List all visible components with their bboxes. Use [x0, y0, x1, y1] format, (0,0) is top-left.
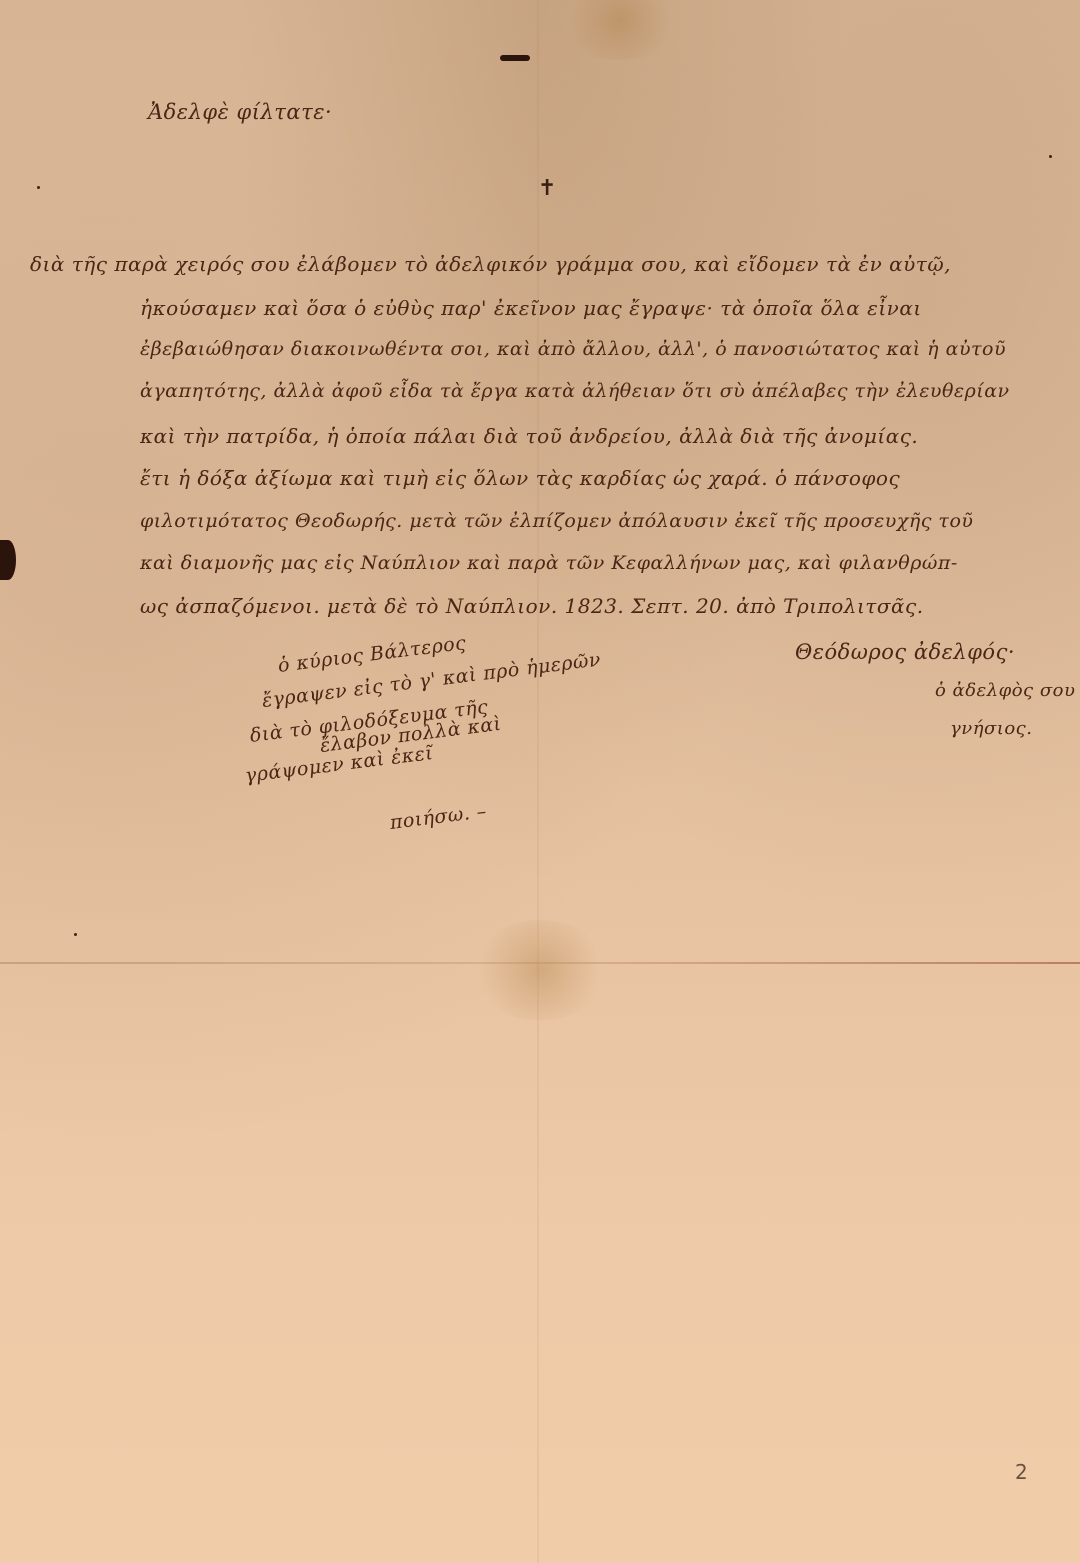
body-line: διὰ τῆς παρὰ χειρός σου ἐλάβομεν τὸ ἀδελ… [30, 252, 951, 276]
ink-speck [37, 186, 40, 189]
ink-speck [74, 933, 77, 936]
ink-speck [1049, 155, 1052, 158]
salutation: Ἀδελφὲ φίλτατε· [148, 100, 332, 124]
body-line: καὶ τὴν πατρίδα, ἡ ὁποία πάλαι διὰ τοῦ ἀ… [140, 424, 918, 448]
ink-blot-left [0, 540, 16, 580]
body-line: ἐβεβαιώθησαν διακοινωθέντα σοι, καὶ ἀπὸ … [140, 338, 1006, 360]
cross-icon: ✝ [538, 176, 556, 201]
water-stain-top [560, 0, 680, 60]
signature-closing: γνήσιος. [950, 718, 1032, 739]
signature-name: Θεόδωρος ἀδελφός· [795, 640, 1015, 664]
body-line: ἠκούσαμεν καὶ ὅσα ὁ εὐθὺς παρ' ἐκεῖνον μ… [140, 296, 922, 320]
manuscript-page: Ἀδελφὲ φίλτατε· ✝ διὰ τῆς παρὰ χειρός σο… [0, 0, 1080, 1563]
body-line: φιλοτιμότατος Θεοδωρής. μετὰ τῶν ἐλπίζομ… [140, 510, 973, 532]
body-line-date: ως ἀσπαζόμενοι. μετὰ δὲ τὸ Ναύπλιον. 182… [140, 594, 924, 618]
signature-closing: ὁ ἀδελφὸς σου [935, 680, 1075, 701]
ink-blot-top [500, 55, 530, 61]
water-stain [470, 920, 610, 1020]
postscript-line: ποιήσω. – [389, 800, 488, 834]
body-line: καὶ διαμονῆς μας εἰς Ναύπλιον καὶ παρὰ τ… [140, 552, 958, 574]
page-number: 2 [1015, 1460, 1028, 1484]
paper-fold-vertical [537, 0, 539, 1563]
body-line: ἔτι ἡ δόξα ἀξίωμα καὶ τιμὴ εἰς ὅλων τὰς … [140, 466, 900, 490]
body-line: ἀγαπητότης, ἀλλὰ ἀφοῦ εἶδα τὰ ἔργα κατὰ … [140, 380, 1010, 402]
